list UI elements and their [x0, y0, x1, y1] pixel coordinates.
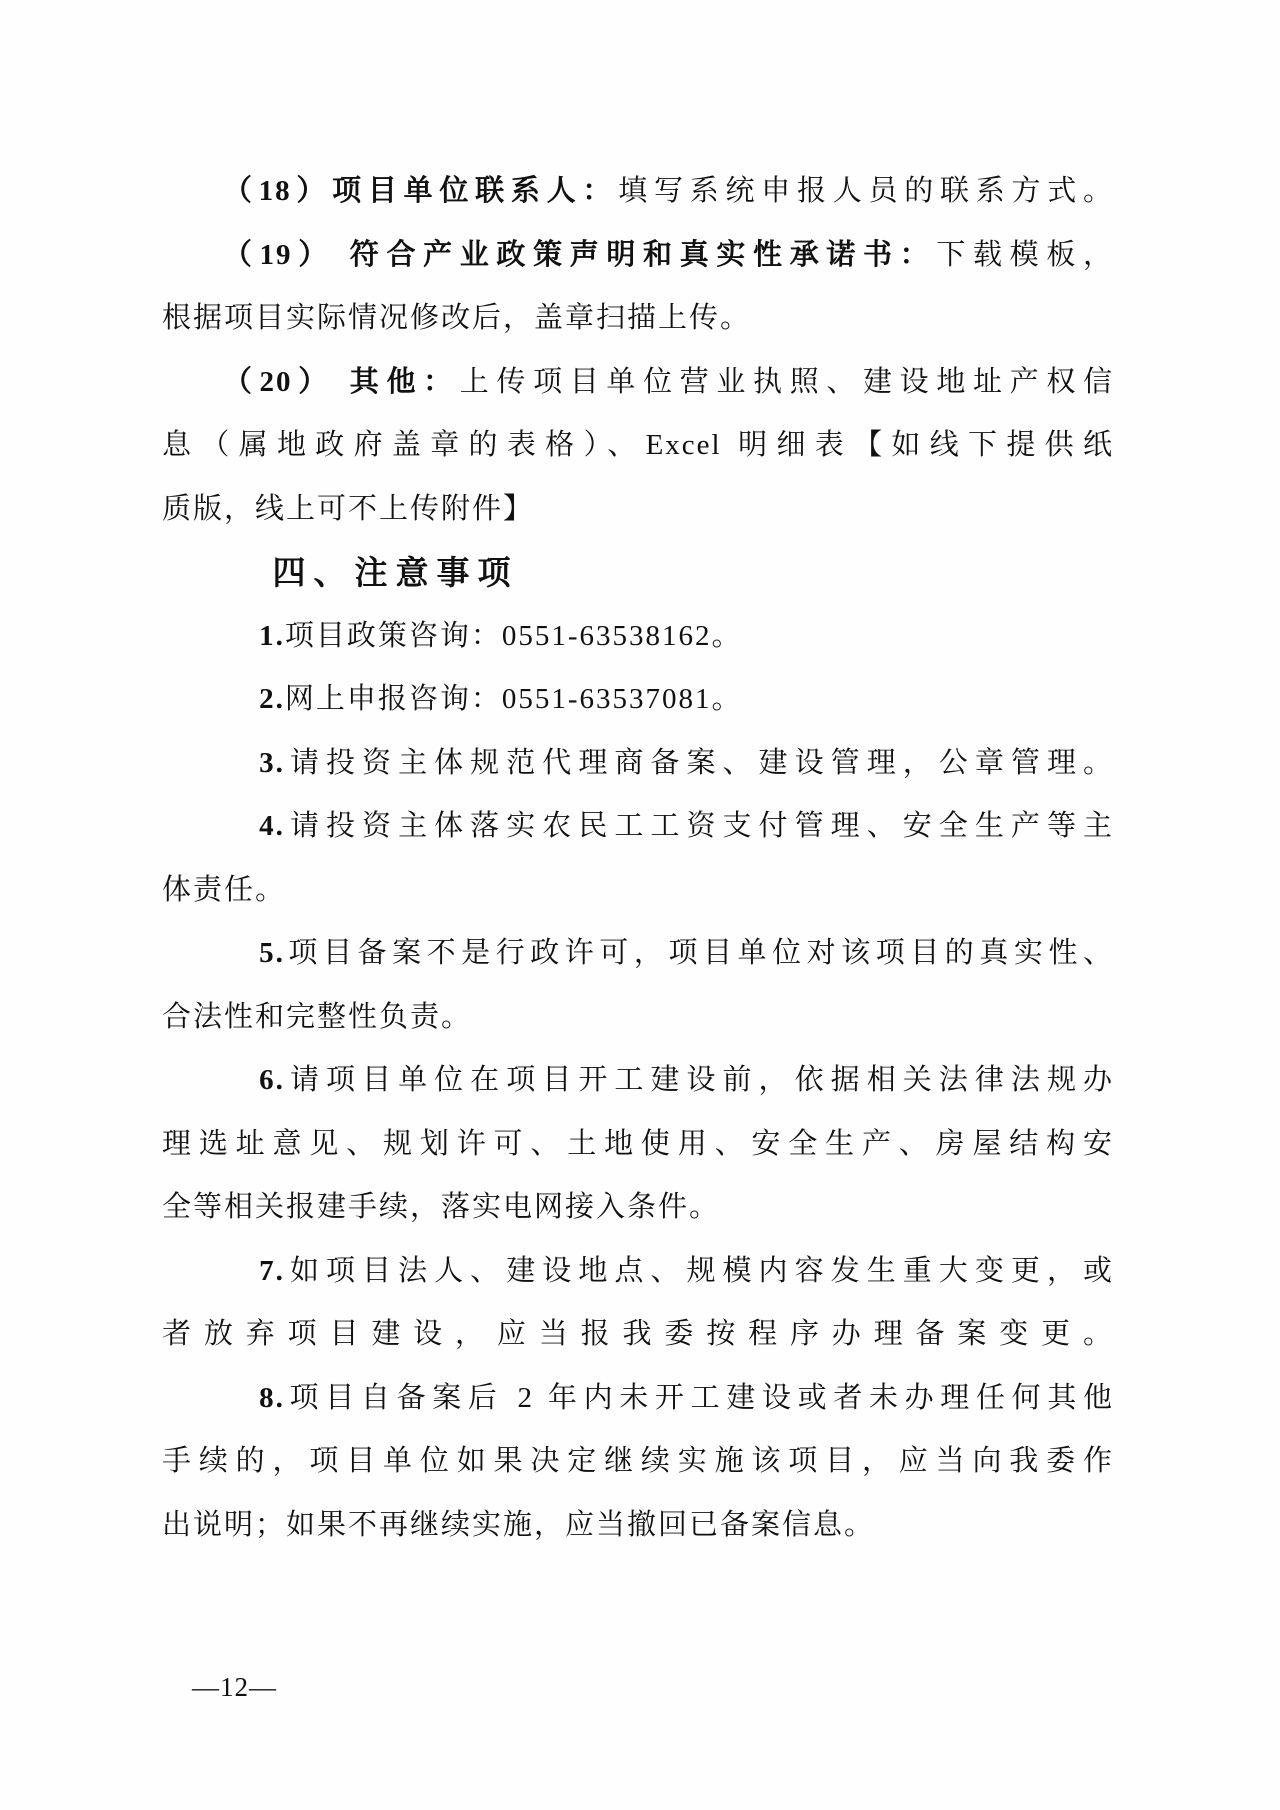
- text-run: 体责任。: [162, 874, 286, 906]
- text-run: 合法性和完整性负责。: [162, 1001, 472, 1033]
- note-6-line-2: 理选址意见、规划许可、土地使用、安全生产、房屋结构安: [162, 1113, 1114, 1177]
- item-20-line: （20） 其他：上传项目单位营业执照、建设地址产权信: [162, 351, 1114, 415]
- bold-text-run: 8.: [259, 1382, 285, 1414]
- note-8-line-3: 出说明；如果不再继续实施，应当撤回已备案信息。: [162, 1494, 1114, 1558]
- text-run: 网上申报咨询：0551-63537081。: [285, 683, 743, 715]
- bold-text-run: 2.: [259, 683, 285, 715]
- bold-text-run: 1.: [259, 620, 285, 652]
- note-7-line-1: 7.如项目法人、建设地点、规模内容发生重大变更，或: [162, 1240, 1114, 1304]
- text-run: 请项目单位在项目开工建设前，依据相关法律法规办: [285, 1064, 1114, 1096]
- bold-text-run: 四、注意事项: [273, 554, 519, 591]
- note-6-line-1: 6.请项目单位在项目开工建设前，依据相关法律法规办: [162, 1049, 1114, 1113]
- section-heading: 四、注意事项: [162, 541, 1114, 605]
- bold-text-run: 7.: [259, 1255, 285, 1287]
- note-5-line-1: 5.项目备案不是行政许可，项目单位对该项目的真实性、: [162, 922, 1114, 986]
- note-8-line-1: 8.项目自备案后 2 年内未开工建设或者未办理任何其他: [162, 1367, 1114, 1431]
- item-20-continuation-2: 质版，线上可不上传附件】: [162, 478, 1114, 542]
- text-run: 项目自备案后 2 年内未开工建设或者未办理任何其他: [285, 1382, 1114, 1414]
- note-7-line-2: 者放弃项目建设，应当报我委按程序办理备案变更。: [162, 1303, 1114, 1367]
- text-run: 手续的，项目单位如果决定继续实施该项目，应当向我委作: [162, 1445, 1114, 1477]
- bold-text-run: 6.: [259, 1064, 285, 1096]
- text-run: 出说明；如果不再继续实施，应当撤回已备案信息。: [162, 1509, 875, 1541]
- text-run: 请投资主体规范代理商备案、建设管理，公章管理。: [285, 747, 1114, 779]
- item-18-line: （18）项目单位联系人：填写系统申报人员的联系方式。: [162, 160, 1114, 224]
- text-run: 息（属地政府盖章的表格）、Excel 明细表【如线下提供纸: [162, 429, 1114, 461]
- text-run: 理选址意见、规划许可、土地使用、安全生产、房屋结构安: [162, 1128, 1114, 1160]
- text-run: 项目备案不是行政许可，项目单位对该项目的真实性、: [285, 937, 1114, 969]
- document-page: （18）项目单位联系人：填写系统申报人员的联系方式。（19） 符合产业政策声明和…: [0, 0, 1280, 1810]
- bold-text-run: （18）项目单位联系人：: [223, 175, 618, 207]
- note-8-line-2: 手续的，项目单位如果决定继续实施该项目，应当向我委作: [162, 1430, 1114, 1494]
- bold-text-run: 4.: [259, 810, 285, 842]
- document-body: （18）项目单位联系人：填写系统申报人员的联系方式。（19） 符合产业政策声明和…: [162, 160, 1114, 1557]
- bold-text-run: （20） 其他：: [223, 366, 460, 398]
- text-run: 下载模板，: [936, 239, 1114, 271]
- text-run: 上传项目单位营业执照、建设地址产权信: [460, 366, 1114, 398]
- note-5-line-2: 合法性和完整性负责。: [162, 986, 1114, 1050]
- text-run: 全等相关报建手续，落实电网接入条件。: [162, 1191, 720, 1223]
- text-run: 填写系统申报人员的联系方式。: [618, 175, 1114, 207]
- item-19-continuation: 根据项目实际情况修改后，盖章扫描上传。: [162, 287, 1114, 351]
- note-1-line: 1.项目政策咨询：0551-63538162。: [162, 605, 1114, 669]
- note-4-line-2: 体责任。: [162, 859, 1114, 923]
- text-run: 如项目法人、建设地点、规模内容发生重大变更，或: [285, 1255, 1114, 1287]
- text-run: 项目政策咨询：0551-63538162。: [285, 620, 743, 652]
- note-3-line: 3.请投资主体规范代理商备案、建设管理，公章管理。: [162, 732, 1114, 796]
- bold-text-run: 3.: [259, 747, 285, 779]
- text-run: 根据项目实际情况修改后，盖章扫描上传。: [162, 302, 751, 334]
- page-number: —12—: [192, 1672, 277, 1703]
- item-20-continuation-1: 息（属地政府盖章的表格）、Excel 明细表【如线下提供纸: [162, 414, 1114, 478]
- note-6-line-3: 全等相关报建手续，落实电网接入条件。: [162, 1176, 1114, 1240]
- text-run: 请投资主体落实农民工工资支付管理、安全生产等主: [285, 810, 1114, 842]
- note-4-line-1: 4.请投资主体落实农民工工资支付管理、安全生产等主: [162, 795, 1114, 859]
- item-19-line: （19） 符合产业政策声明和真实性承诺书：下载模板，: [162, 224, 1114, 288]
- note-2-line: 2.网上申报咨询：0551-63537081。: [162, 668, 1114, 732]
- bold-text-run: 5.: [259, 937, 285, 969]
- text-run: 质版，线上可不上传附件】: [162, 493, 534, 525]
- text-run: 者放弃项目建设，应当报我委按程序办理备案变更。: [162, 1318, 1114, 1350]
- bold-text-run: （19） 符合产业政策声明和真实性承诺书：: [223, 239, 936, 271]
